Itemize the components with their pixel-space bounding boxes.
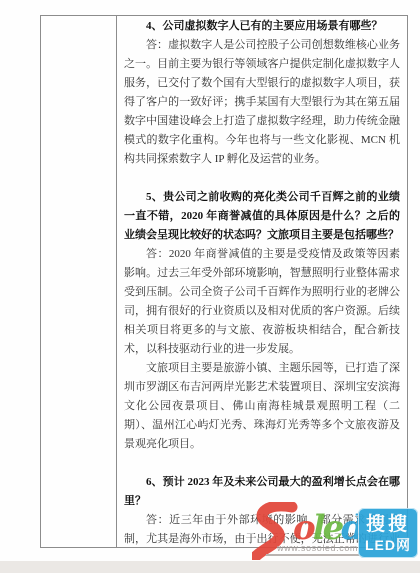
question-text: 6、预计 2023 年及未来公司最大的盈利增长点会在哪里？	[124, 473, 400, 511]
answer-paragraph: 答：近三年由于外部环境的影响，部分需求受到压制，尤其是海外市场，由于出行不便，无…	[124, 511, 400, 547]
qa-item-4: 4、公司虚拟数字人已有的主要应用场景有哪些？ 答：虚拟数字人是公司控股子公司创想…	[124, 17, 400, 169]
qa-item-6: 6、预计 2023 年及未来公司最大的盈利增长点会在哪里？ 答：近三年由于外部环…	[124, 473, 400, 547]
qa-table: 4、公司虚拟数字人已有的主要应用场景有哪些？ 答：虚拟数字人是公司控股子公司创想…	[40, 15, 408, 548]
document-page: 4、公司虚拟数字人已有的主要应用场景有哪些？ 答：虚拟数字人是公司控股子公司创想…	[0, 0, 420, 573]
table-left-column	[41, 16, 117, 547]
question-text: 5、贵公司之前收购的亮化类公司千百辉之前的业绩一直不错，2020 年商誉减值的具…	[124, 188, 400, 245]
answer-paragraph: 文旅项目主要是旅游小镇、主题乐园等，已打造了深圳市罗湖区布吉河两岸光影艺术装置项…	[124, 359, 400, 454]
watermark-underline	[266, 554, 363, 556]
answer-paragraph: 答：虚拟数字人是公司控股子公司创想数维核心业务之一。目前主要为银行等领域客户提供…	[124, 36, 400, 169]
table-content-column: 4、公司虚拟数字人已有的主要应用场景有哪些？ 答：虚拟数字人是公司控股子公司创想…	[117, 16, 407, 547]
page-bottom-strip	[0, 561, 420, 573]
question-text: 4、公司虚拟数字人已有的主要应用场景有哪些？	[124, 17, 400, 36]
answer-paragraph: 答：2020 年商誉减值的主要是受疫情及政策等因素影响。过去三年受外部环境影响，…	[124, 245, 400, 359]
qa-item-5: 5、贵公司之前收购的亮化类公司千百辉之前的业绩一直不错，2020 年商誉减值的具…	[124, 188, 400, 454]
